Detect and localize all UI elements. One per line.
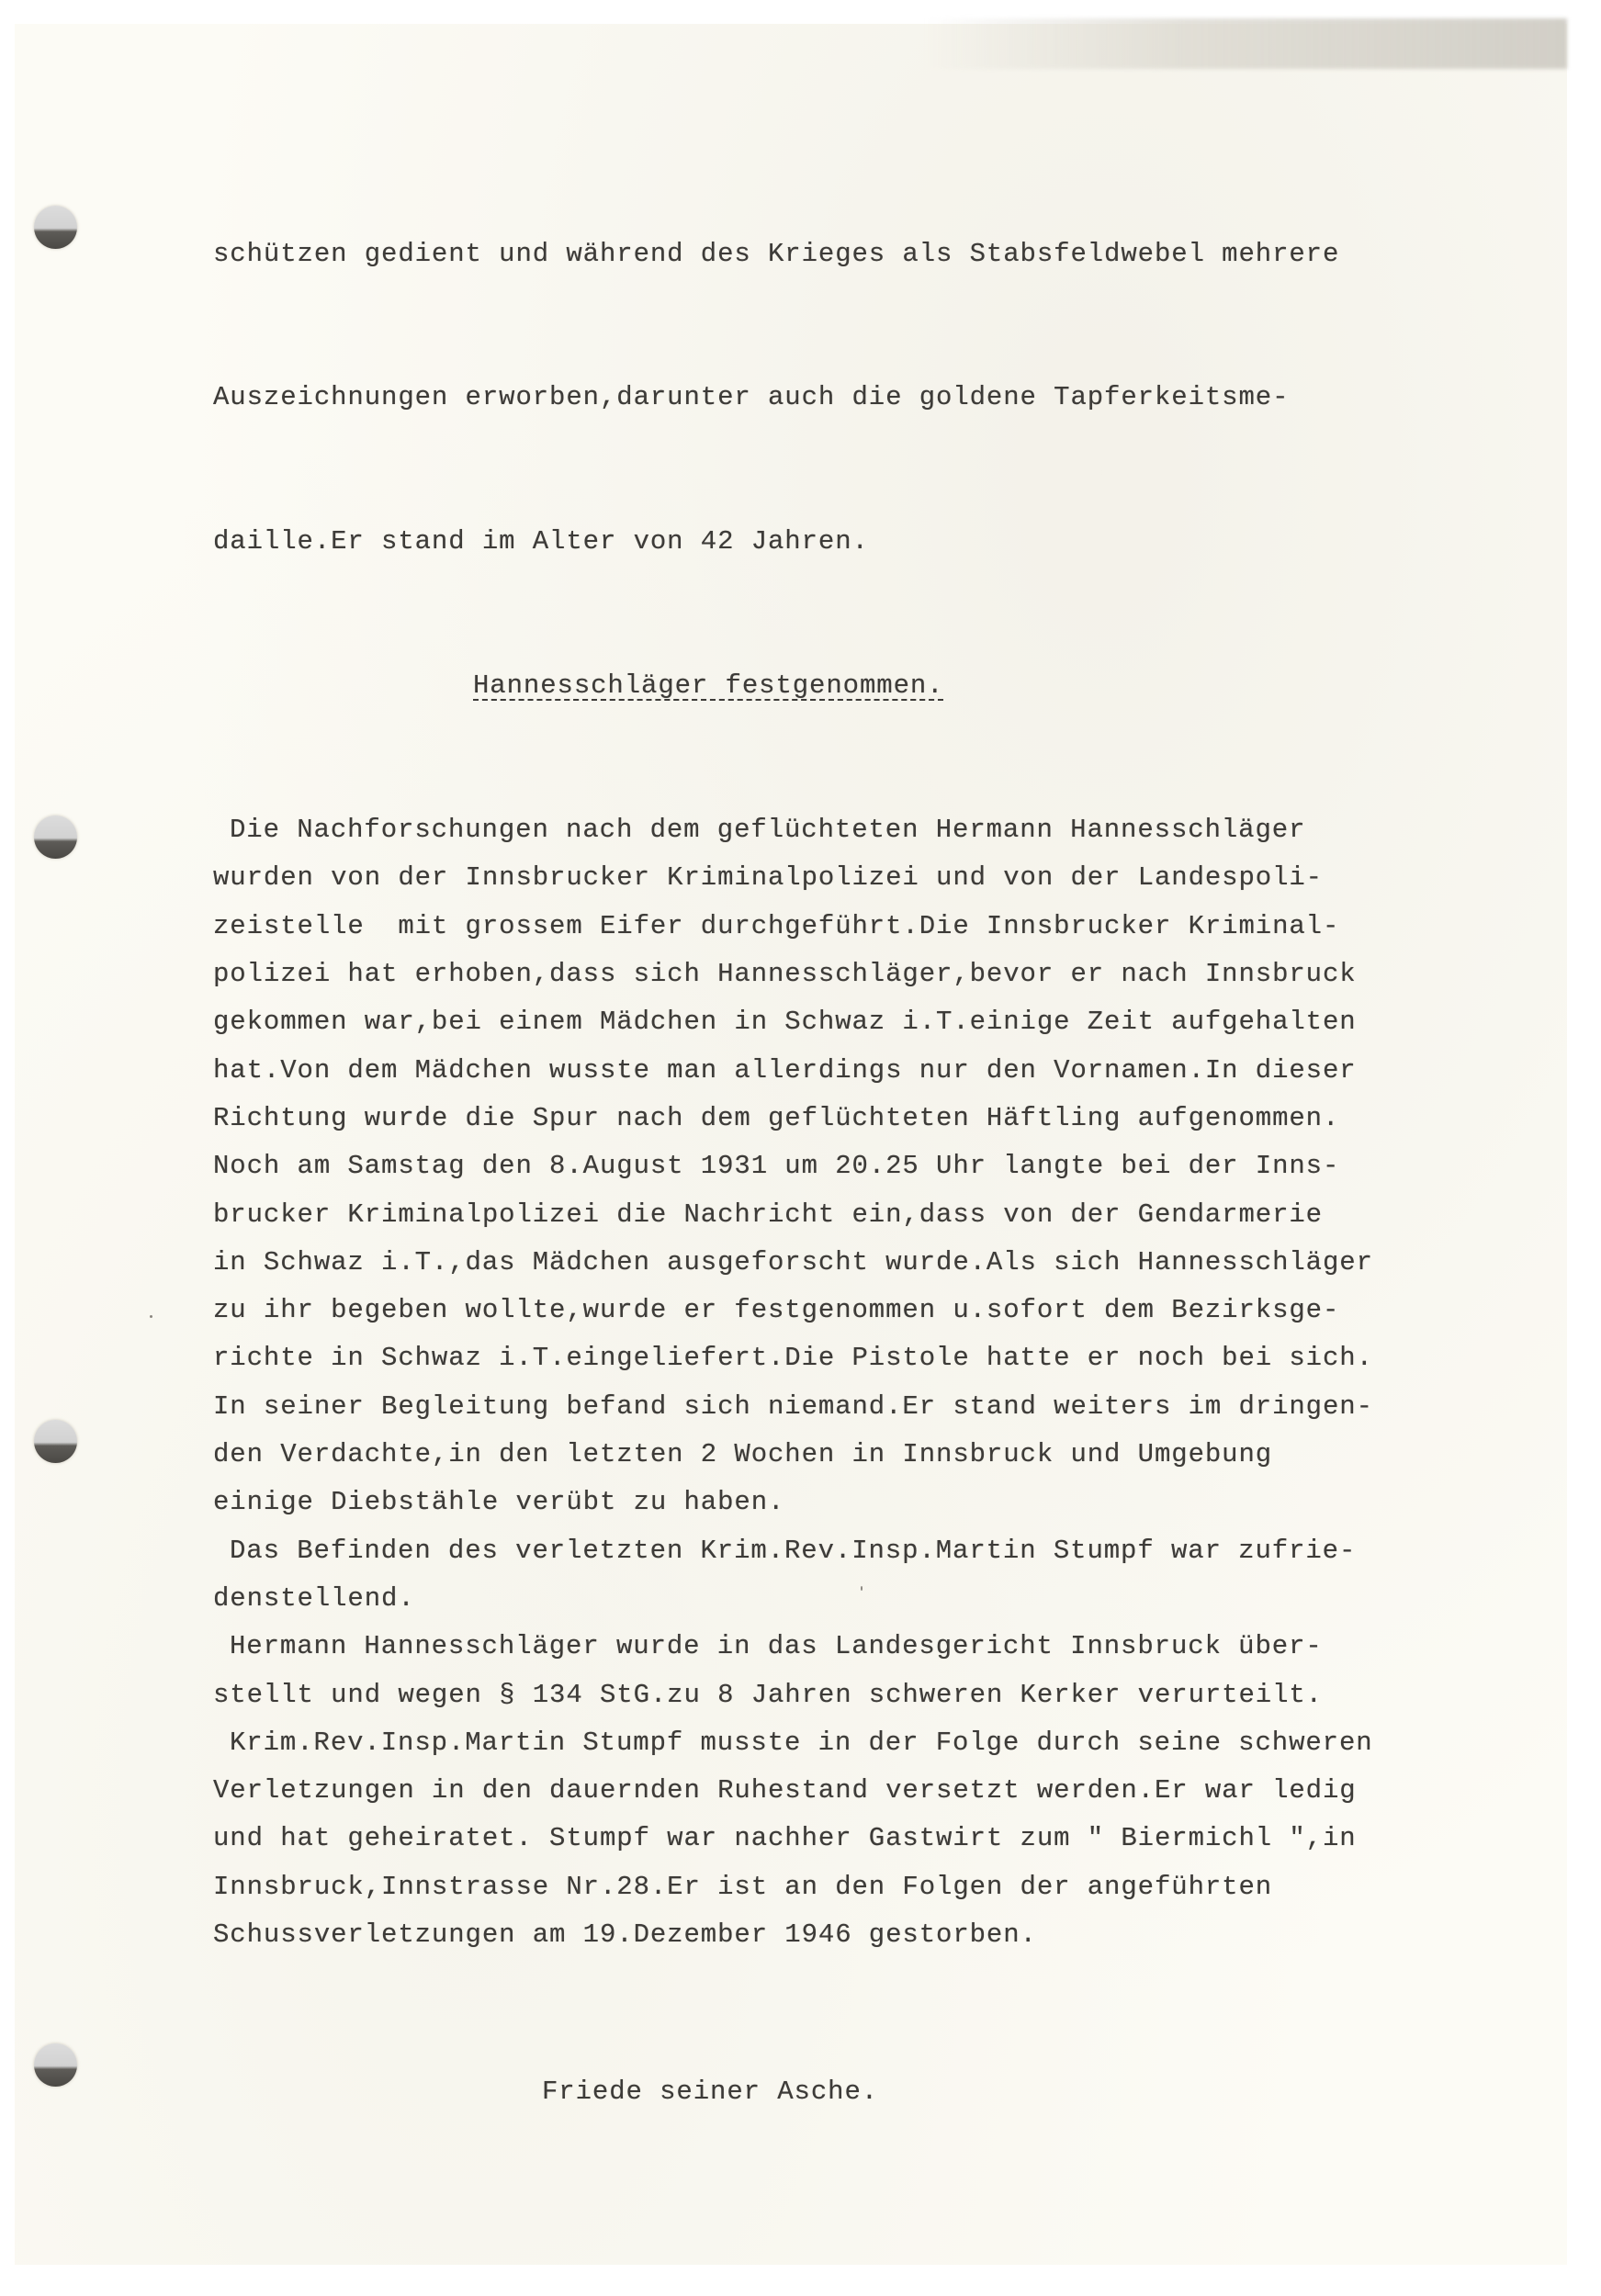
text-line: und hat geheiratet. Stumpf war nachher G… — [213, 1815, 1373, 1863]
text-line: Schussverletzungen am 19.Dezember 1946 g… — [213, 1911, 1373, 1959]
punch-hole-icon — [34, 206, 77, 249]
punch-hole-icon — [34, 2043, 77, 2087]
text-line: gekommen war,bei einem Mädchen in Schwaz… — [213, 998, 1373, 1046]
text-line: schützen gedient und während des Krieges… — [213, 231, 1373, 278]
text-line: Auszeichnungen erworben,darunter auch di… — [213, 374, 1373, 422]
text-line: stellt und wegen § 134 StG.zu 8 Jahren s… — [213, 1671, 1373, 1719]
text-line: in Schwaz i.T.,das Mädchen ausgeforscht … — [213, 1239, 1373, 1287]
text-line: Krim.Rev.Insp.Martin Stumpf musste in de… — [213, 1719, 1373, 1767]
text-line: Das Befinden des verletzten Krim.Rev.Ins… — [213, 1527, 1373, 1575]
section-heading-text: Hannesschläger festgenommen. — [473, 670, 943, 701]
text-line: zeistelle mit grossem Eifer durchgeführt… — [213, 903, 1373, 951]
ink-speck — [150, 1315, 152, 1318]
closing-line: Friede seiner Asche. — [213, 2068, 1373, 2116]
body-paragraphs: Die Nachforschungen nach dem geflüchtete… — [213, 806, 1373, 1959]
text-line: Verletzungen in den dauernden Ruhestand … — [213, 1767, 1373, 1815]
punch-hole-icon — [34, 1420, 77, 1463]
section-heading: Hannesschläger festgenommen. — [213, 662, 1373, 710]
punch-hole-icon — [34, 816, 77, 859]
text-line: den Verdachte,in den letzten 2 Wochen in… — [213, 1431, 1373, 1479]
text-line: Hermann Hannesschläger wurde in das Land… — [213, 1623, 1373, 1671]
text-line: Die Nachforschungen nach dem geflüchtete… — [213, 806, 1373, 854]
text-line: brucker Kriminalpolizei die Nachricht ei… — [213, 1191, 1373, 1239]
text-line: zu ihr begeben wollte,wurde er festgenom… — [213, 1287, 1373, 1334]
text-line: hat.Von dem Mädchen wusste man allerding… — [213, 1047, 1373, 1095]
text-line: Richtung wurde die Spur nach dem geflüch… — [213, 1095, 1373, 1142]
text-line: richte in Schwaz i.T.eingeliefert.Die Pi… — [213, 1334, 1373, 1382]
text-line: In seiner Begleitung befand sich niemand… — [213, 1383, 1373, 1431]
typescript-body: schützen gedient und während des Krieges… — [213, 134, 1373, 2164]
text-line: Noch am Samstag den 8.August 1931 um 20.… — [213, 1142, 1373, 1190]
text-line: denstellend. — [213, 1575, 1373, 1623]
text-line: polizei hat erhoben,dass sich Hannesschl… — [213, 951, 1373, 998]
text-line: einige Diebstähle verübt zu haben. — [213, 1479, 1373, 1526]
text-line: Innsbruck,Innstrasse Nr.28.Er ist an den… — [213, 1863, 1373, 1911]
scan-shadow-band — [924, 18, 1567, 69]
text-line: wurden von der Innsbrucker Kriminalpoliz… — [213, 854, 1373, 902]
text-line: daille.Er stand im Alter von 42 Jahren. — [213, 518, 1373, 566]
